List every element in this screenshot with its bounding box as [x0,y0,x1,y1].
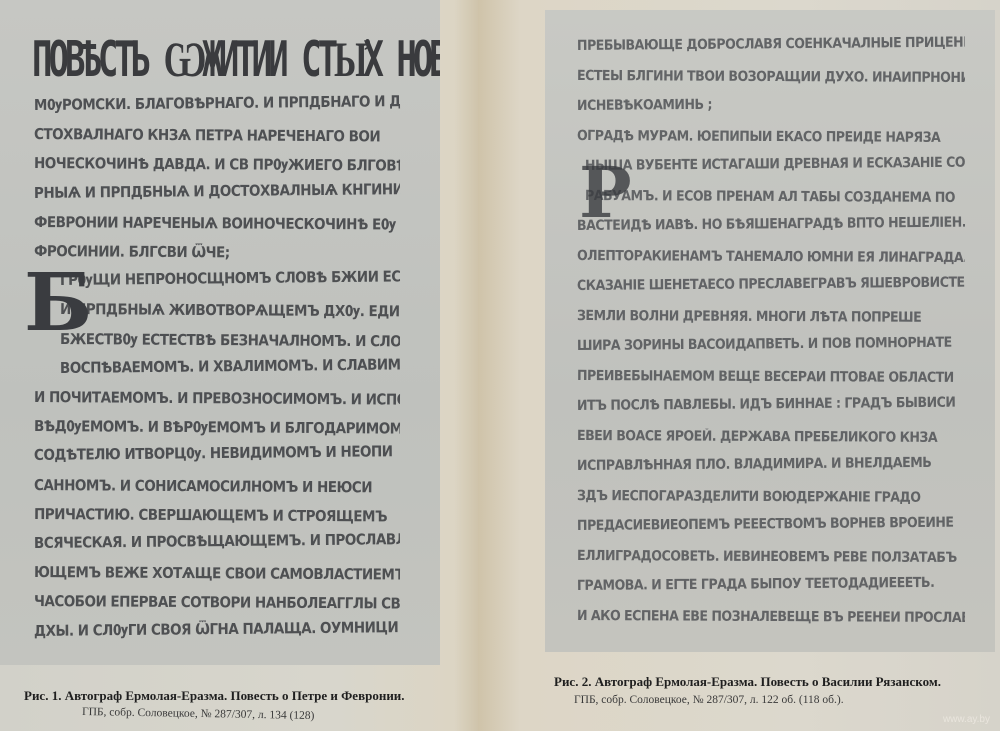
figure-2-caption-source: ГПБ, собр. Соловецкое, № 287/307, л. 122… [574,694,844,706]
manuscript-line: И ПРПДБНЫѦ ЖИВОТВОРѦЩЕМЪ ДХѸ. ЕДИНОМѸ [60,300,400,320]
figure-1-caption-title: Рис. 1. Автограф Ермолая-Еразма. Повесть… [24,688,405,704]
manuscript-line: ЕЛЛИГРАДОСОВЕТЬ. ИЕВИНЕОВЕМЪ РЕВЕ ПОЛЗАТ… [577,548,965,566]
manuscript-line: ИТЪ ПОСЛѢ ПАВЛЕБЫ. ИДЪ БИННАЕ : ГРАДЪ БЫ… [577,395,965,414]
manuscript-line: ОЛЕПТОРАКИЕНАМЪ ТАНЕМАЛО ЮМНИ ЕЯ ЛИНАГРА… [577,248,965,266]
manuscript-line: ЧАСОБОИ ЕПЕРВАЕ СОТВОРИ НАНБОЛЕАГГЛЫ СВО… [34,592,400,613]
manuscript-plate-fig2: ПРЕБЫВАЮЩЕ ДОБРОСЛАВЯ СОЕНКАЧАЛНЫЕ ПРИЦЕ… [545,10,995,652]
drop-cap-initial: Р [579,158,632,228]
manuscript-line: ЕВЕИ ВОАСЕ ЯРОЕЙ. ДЕРЖАВА ПРЕБЕЛИКОГО КН… [577,428,965,446]
manuscript-line: ПРЕИВЕБЫНАЕМОМ ВЕЩЕ ВЕСЕРАИ ПТОВАЕ ОБЛАС… [577,368,965,386]
manuscript-line: ВАСТЕИДѢ ИАВѢ. НО БѢЯШЕНАГРАДѢ ВПТО НЕШЕ… [577,215,965,234]
manuscript-heading: ПОВѢСТЬ ѠЖИТИИ СТЫ҆Х НОВЫ҆Х ЧЮДОТВОРЕ [32,31,440,89]
manuscript-line: ЕСТЕЫ БЛГИНИ ТВОИ ВОЗОРАЩИИ ДУХО. ИНАИПР… [577,68,965,86]
manuscript-line: ВСЯЧЕСКАЯ. И ПРОСВѢЩАЮЩЕМЪ. И ПРОСЛАВЛЯ [34,530,400,552]
drop-cap-initial: Б [24,262,92,342]
manuscript-line: СКАЗАНІЕ ШЕНЕТАЕСО ПРЕСЛАВЕГРАВЪ ЯШЕВРОВ… [577,275,965,294]
manuscript-line: ГРѸЩИ НЕПРОНОСЩНОМЪ СЛОВѢ БЖИИ ЕСТЬ. [60,268,400,290]
manuscript-line: ВОСПѢВАЕМОМЪ. И ХВАЛИМОМЪ. И СЛАВИМОМЪ [60,355,400,377]
figure-2-caption-title: Рис. 2. Автограф Ермолая-Еразма. Повесть… [554,674,941,690]
watermark: www.ay.by [943,714,990,725]
manuscript-line: ПРИЧАСТИЮ. СВЕРШАЮЩЕМЪ И СТРОЯЩЕМЪ [34,505,400,526]
manuscript-line: ИСПРАВЛѢННАЯ ПЛО. ВЛАДИМИРА. И ВНЕЛДАЕМЬ [577,455,965,474]
manuscript-line: ЮЩЕМЪ ВЕЖЕ ХОТѦЩЕ СВОИ САМОВЛАСТИЕМЪ. [34,563,400,584]
manuscript-line: И АКО ЕСПЕНА ЕВЕ ПОЗНАЛЕВЕЩЕ ВЪ РЕЕНЕИ П… [577,608,965,626]
manuscript-line: ГРАМОВА. И ЕГТЕ ГРАДА БЫПОУ ТЕЕТОДАДИЕЕЕ… [577,575,965,594]
manuscript-line: ИСНЕВѢКОАМИНЬ ; [577,95,965,114]
left-page: ПОВѢСТЬ ѠЖИТИИ СТЫ҆Х НОВЫ҆Х ЧЮДОТВОРЕ МѸ… [0,0,478,731]
manuscript-line: ФЕВРОНИИ НАРЕЧЕНЫѦ ВОИНОЧЕСКОЧИНѢ ЕѸ [34,213,400,234]
manuscript-line: САННОМЪ. И СОНИСАМОСИЛНОМЪ И НЕЮСИ [34,476,400,497]
manuscript-line: ОГРАДѢ МУРАМ. ЮЕПИПЫИ ЕКАСО ПРЕИДЕ НАРЯЗ… [577,128,965,146]
manuscript-line: ВѢДѸЕМОМЪ. И ВѢРѸЕМОМЪ И БЛГОДАРИМОМ [34,417,400,438]
manuscript-line: ПРЕДАСИЕВИЕОПЕМЪ РЕЕЕСТВОМЪ ВОРНЕВ ВРОЕИ… [577,515,965,534]
manuscript-line: ЗДЪ ИЕСПОГАРАЗДЕЛИТИ ВОЮДЕРЖАНІЕ ГРАДО [577,488,965,506]
manuscript-line: ДХЫ. И СЛѸГИ СВОЯ ѾГНА ПАЛАЩА. ОУМНИЦИ Н… [34,618,400,640]
manuscript-line: И ПОЧИТАЕМОМЪ. И ПРЕВОЗНОСИМОМЪ. И ИСПО [34,388,400,409]
manuscript-line: СТОХВАЛНАГО КНЗѦ ПЕТРА НАРЕЧЕНАГО ВОИ [34,125,400,146]
manuscript-line: ЗЕМЛИ ВОЛНИ ДРЕВНЯЯ. МНОГИ ЛѢТА ПОПРЕШЕ [577,308,965,326]
manuscript-line: НОЧЕСКОЧИНѢ ДАВДА. И СВ ПРѸЖИЕГО БЛГОВѢ [34,154,400,175]
manuscript-plate-fig1: ПОВѢСТЬ ѠЖИТИИ СТЫ҆Х НОВЫ҆Х ЧЮДОТВОРЕ МѸ… [0,0,440,665]
manuscript-line: БЖЕСТВѸ ЕСТЕСТВѢ БЕЗНАЧАЛНОМЪ. И СЛОВЕСИ [60,330,400,350]
manuscript-line: СОДѢТЕЛЮ ИТВОРЦѸ. НЕВИДИМОМЪ И НЕОПИ [34,443,400,465]
figure-1-caption-source: ГПБ, собр. Соловецкое, № 287/307, л. 134… [82,706,315,722]
manuscript-line: МѸРОМСКИ. БЛАГОВѢРНАГО. И ПРПДБНАГО И ДО [34,92,400,114]
manuscript-line: РАБУАМЪ. И ЕСОВ ПРЕНАМ АЛ ТАБЫ СОЗДАНЕМА… [585,188,965,206]
manuscript-line: ШИРА ЗОРИНЫ ВАСОИДАПВЕТЬ. И ПОВ ПОМНОРНА… [577,335,965,354]
manuscript-line: ПРЕБЫВАЮЩЕ ДОБРОСЛАВЯ СОЕНКАЧАЛНЫЕ ПРИЦЕ… [577,35,965,54]
manuscript-line: НЫША ВУБЕНТЕ ИСТАГАШИ ДРЕВНАЯ И ЕСКАЗАНІ… [585,155,965,174]
book-spread: ПОВѢСТЬ ѠЖИТИИ СТЫ҆Х НОВЫ҆Х ЧЮДОТВОРЕ МѸ… [0,0,1000,731]
manuscript-line: РНЫѦ И ПРПДБНЫѦ И ДОСТОХВАЛНЫѦ КНГИНИ [34,180,400,202]
right-page: ПРЕБЫВАЮЩЕ ДОБРОСЛАВЯ СОЕНКАЧАЛНЫЕ ПРИЦЕ… [478,0,1000,731]
